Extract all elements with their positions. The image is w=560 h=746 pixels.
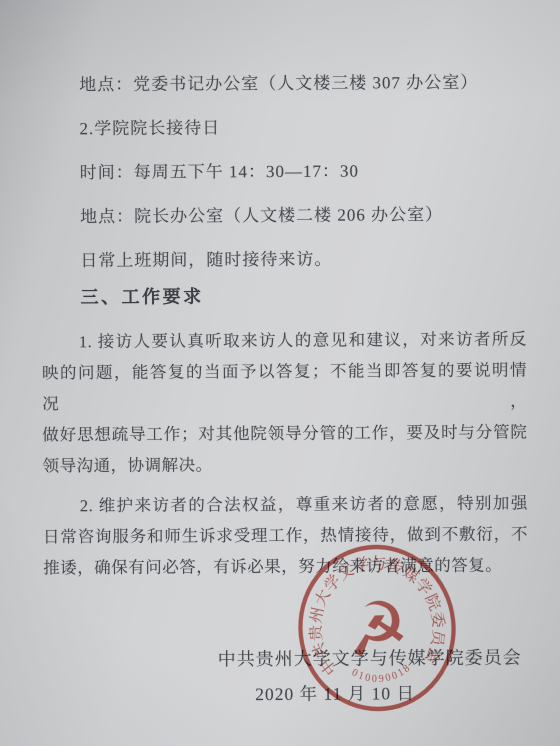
info-line: 地点：院长办公室（人文楼二楼 206 办公室）: [41, 199, 526, 232]
info-line: 日常上班期间，随时接待来访。: [41, 243, 526, 276]
info-line: 2.学院院长接待日: [40, 111, 525, 144]
paragraph-line: 2. 维护来访者的合法权益，尊重来访者的意愿，特别加强: [43, 487, 528, 521]
paragraph-line: 领导沟通，协调解决。: [42, 447, 527, 481]
paragraph-1: 1. 接访人要认真听取来访人的意见和建议，对来访者所反映的问题，能答复的当面予以…: [42, 323, 528, 481]
info-line: 时间：每周五下午 14：30—17：30: [41, 155, 526, 188]
paragraph-line: 映的问题，能答复的当面予以答复；不能当即答复的要说明情况，: [42, 354, 527, 419]
document-content: 地点：党委书记办公室（人文楼三楼 307 办公室）2.学院院长接待日时间：每周五…: [0, 0, 560, 746]
official-seal: 中共贵州大学文学与传媒学院委员会 ☭ 5201009001814: [283, 530, 471, 727]
paragraph-line: 1. 接访人要认真听取来访人的意见和建议，对来访者所反: [42, 323, 527, 357]
section-heading: 三、工作要求: [41, 279, 526, 312]
hammer-sickle-icon: ☭: [342, 586, 413, 674]
paragraph-line: 做好思想疏导工作；对其他院领导分管的工作，要及时与分管院: [42, 416, 527, 450]
document-page: 地点：党委书记办公室（人文楼三楼 307 办公室）2.学院院长接待日时间：每周五…: [0, 0, 560, 746]
info-line: 地点：党委书记办公室（人文楼三楼 307 办公室）: [40, 67, 525, 100]
info-lines: 地点：党委书记办公室（人文楼三楼 307 办公室）2.学院院长接待日时间：每周五…: [40, 67, 526, 276]
